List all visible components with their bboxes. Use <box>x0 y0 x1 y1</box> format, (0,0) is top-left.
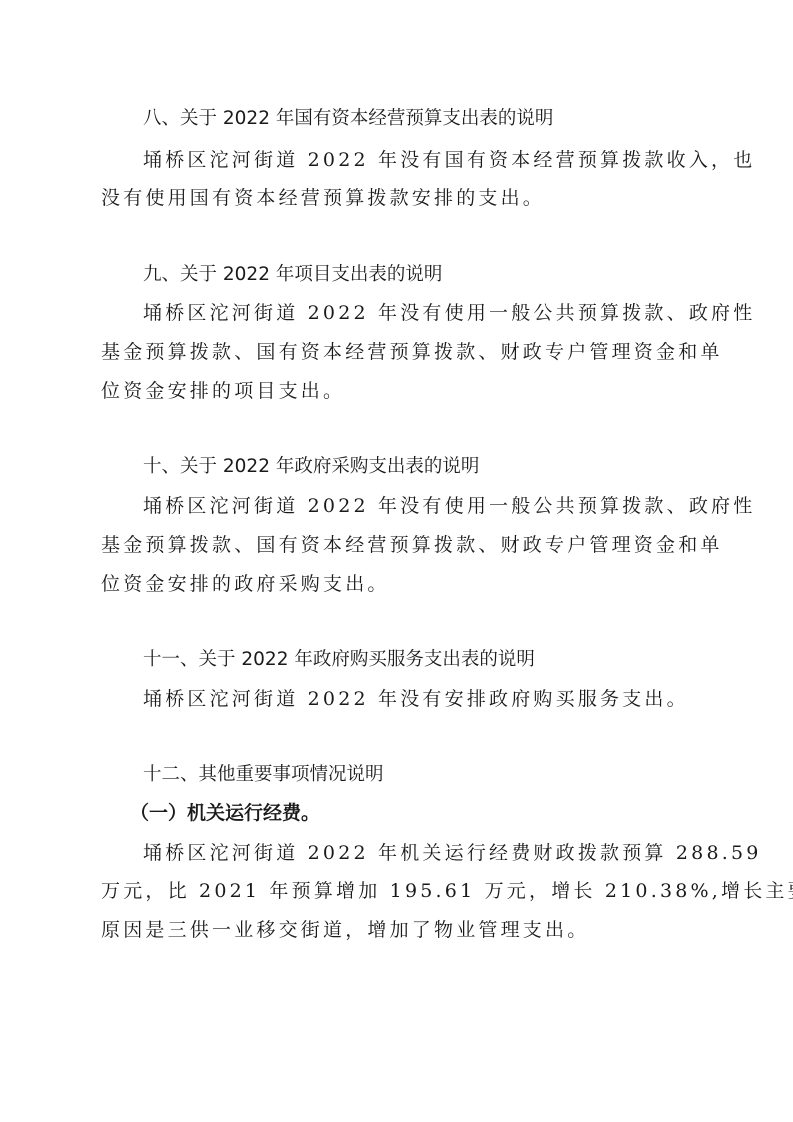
section-heading-11: 十一、关于 2022 年政府购买服务支出表的说明 <box>143 648 535 672</box>
paragraph-line: 位资金安排的项目支出。 <box>101 379 345 403</box>
paragraph-line: 埇桥区沱河街道 2022 年没有安排政府购买服务支出。 <box>143 687 689 711</box>
section-heading-8: 八、关于 2022 年国有资本经营预算支出表的说明 <box>143 107 553 131</box>
paragraph-line: 万元，比 2021 年预算增加 195.61 万元，增长 210.38%,增长主… <box>101 879 793 903</box>
paragraph-line: 埇桥区沱河街道 2022 年没有使用一般公共预算拨款、政府性 <box>143 494 755 518</box>
section-heading-10: 十、关于 2022 年政府采购支出表的说明 <box>143 455 479 479</box>
paragraph-line: 位资金安排的政府采购支出。 <box>101 572 390 596</box>
paragraph-line: 基金预算拨款、国有资本经营预算拨款、财政专户管理资金和单 <box>101 340 723 364</box>
paragraph-line: 原因是三供一业移交街道，增加了物业管理支出。 <box>101 918 589 942</box>
paragraph-line: 埇桥区沱河街道 2022 年没有国有资本经营预算拨款收入，也 <box>143 148 755 172</box>
paragraph-line: 埇桥区沱河街道 2022 年没有使用一般公共预算拨款、政府性 <box>143 301 755 325</box>
section-heading-9: 九、关于 2022 年项目支出表的说明 <box>143 263 442 287</box>
paragraph-line: 埇桥区沱河街道 2022 年机关运行经费财政拨款预算 288.59 <box>143 841 762 865</box>
subheading: （一）机关运行经费。 <box>130 801 320 825</box>
section-heading-12: 十二、其他重要事项情况说明 <box>143 763 384 787</box>
paragraph-line: 没有使用国有资本经营预算拨款安排的支出。 <box>101 186 545 210</box>
paragraph-line: 基金预算拨款、国有资本经营预算拨款、财政专户管理资金和单 <box>101 533 723 557</box>
